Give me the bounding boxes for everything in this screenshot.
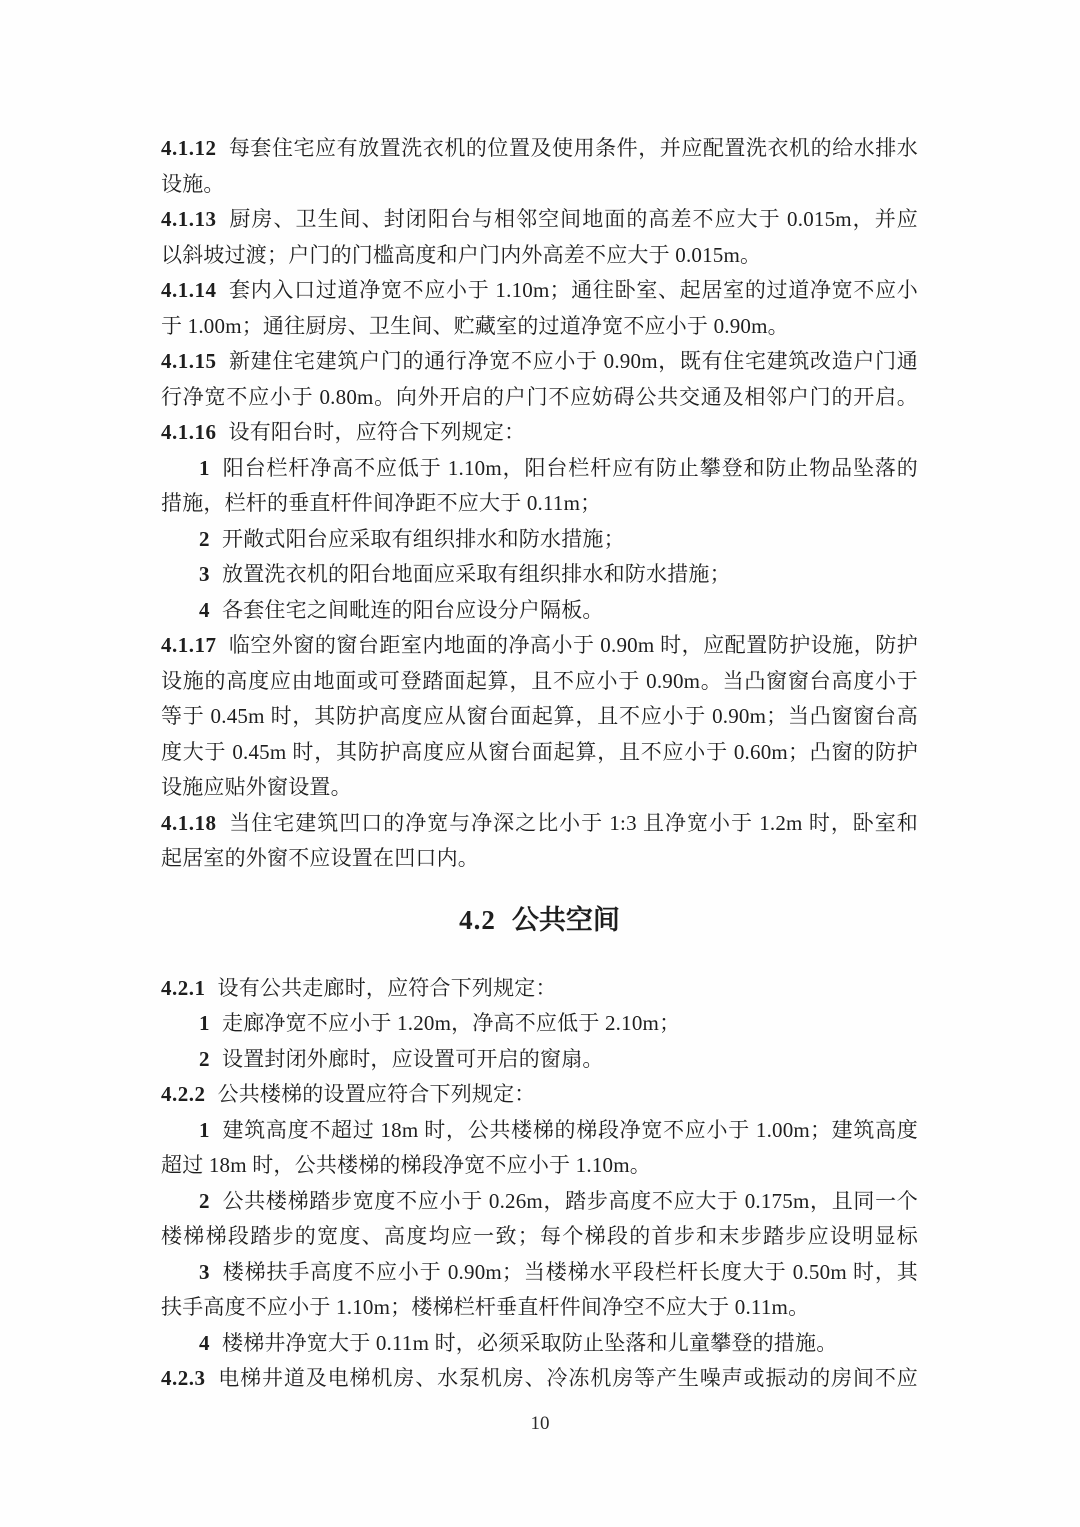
text-line: 2公共楼梯踏步宽度不应小于 0.26m，踏步高度不应大于 0.175m，且同一个 <box>161 1184 918 1220</box>
text-line: 4.1.14套内入口过道净宽不应小于 1.10m；通往卧室、起居室的过道净宽不应… <box>161 273 918 309</box>
clause-text: 度大于 0.45m 时，其防护高度应从窗台面起算，且不应小于 0.60m；凸窗的… <box>161 740 918 764</box>
clause-text: 新建住宅建筑户门的通行净宽不应小于 0.90m，既有住宅建筑改造户门通 <box>229 349 919 373</box>
clause-number: 1 <box>199 1118 210 1142</box>
text-line: 2开敞式阳台应采取有组织排水和防水措施； <box>161 522 918 558</box>
clause-text: 措施，栏杆的垂直杆件间净距不应大于 0.11m； <box>161 491 601 515</box>
clause-number: 4.1.15 <box>161 349 217 373</box>
clause-text: 电梯井道及电梯机房、水泵机房、冷冻机房等产生噪声或振动的房间不应 <box>218 1366 919 1390</box>
clause-number: 1 <box>199 1011 210 1035</box>
text-line: 1阳台栏杆净高不应低于 1.10m，阳台栏杆应有防止攀登和防止物品坠落的 <box>161 451 918 487</box>
clause-text: 套内入口过道净宽不应小于 1.10m；通往卧室、起居室的过道净宽不应小 <box>229 278 919 302</box>
page-number: 10 <box>531 1413 550 1434</box>
clause-number: 3 <box>199 562 210 586</box>
text-line: 措施，栏杆的垂直杆件间净距不应大于 0.11m； <box>161 486 918 522</box>
clause-number: 2 <box>199 1189 210 1213</box>
clause-text: 起居室的外窗不应设置在凹口内。 <box>161 846 479 870</box>
clause-text: 设施应贴外窗设置。 <box>161 775 352 799</box>
clause-number: 2 <box>199 527 210 551</box>
clause-number: 4.1.17 <box>161 633 217 657</box>
clause-text: 扶手高度不应小于 1.10m；楼梯栏杆垂直杆件间净空不应大于 0.11m。 <box>161 1295 809 1319</box>
clause-number: 4.1.16 <box>161 420 217 444</box>
clause-text: 设有阳台时，应符合下列规定： <box>229 420 526 444</box>
clause-number: 4.2.2 <box>161 1082 206 1106</box>
text-line: 楼梯梯段踏步的宽度、高度均应一致；每个梯段的首步和末步踏步应设明显标志。 <box>161 1219 918 1255</box>
text-line: 4.1.13厨房、卫生间、封闭阳台与相邻空间地面的高差不应大于 0.015m，并… <box>161 202 918 238</box>
text-line: 以斜坡过渡；户门的门槛高度和户门内外高差不应大于 0.015m。 <box>161 238 918 274</box>
text-line: 4.2.1设有公共走廊时，应符合下列规定： <box>161 971 918 1007</box>
text-line: 4.1.15新建住宅建筑户门的通行净宽不应小于 0.90m，既有住宅建筑改造户门… <box>161 344 918 380</box>
clause-text: 公共楼梯的设置应符合下列规定： <box>218 1082 536 1106</box>
document-page: 4.1.12每套住宅应有放置洗衣机的位置及使用条件，并应配置洗衣机的给水排水设施… <box>0 0 1080 1527</box>
text-line: 4楼梯井净宽大于 0.11m 时，必须采取防止坠落和儿童攀登的措施。 <box>161 1326 918 1362</box>
clause-text: 阳台栏杆净高不应低于 1.10m，阳台栏杆应有防止攀登和防止物品坠落的 <box>222 456 918 480</box>
clause-number: 3 <box>199 1260 210 1284</box>
clause-text: 设施的高度应由地面或可登踏面起算，且不应小于 0.90m。当凸窗窗台高度小于 <box>161 669 918 693</box>
text-line: 等于 0.45m 时，其防护高度应从窗台面起算，且不应小于 0.90m；当凸窗窗… <box>161 699 918 735</box>
text-line: 3楼梯扶手高度不应小于 0.90m；当楼梯水平段栏杆长度大于 0.50m 时，其 <box>161 1255 918 1291</box>
clause-text: 开敞式阳台应采取有组织排水和防水措施； <box>222 527 625 551</box>
text-line: 设施的高度应由地面或可登踏面起算，且不应小于 0.90m。当凸窗窗台高度小于 <box>161 664 918 700</box>
page-footer: 10 <box>0 1410 1080 1438</box>
clause-number: 4 <box>199 598 210 622</box>
clause-text: 设有公共走廊时，应符合下列规定： <box>218 976 557 1000</box>
clause-text: 当住宅建筑凹口的净宽与净深之比小于 1:3 且净宽小于 1.2m 时，卧室和 <box>229 811 919 835</box>
section-heading: 4.2公共空间 <box>161 903 918 938</box>
clause-number: 4.1.18 <box>161 811 217 835</box>
clause-text: 走廊净宽不应小于 1.20m，净高不应低于 2.10m； <box>222 1011 680 1035</box>
clause-number: 4.2.3 <box>161 1366 206 1390</box>
clause-number: 4 <box>199 1331 210 1355</box>
clause-number: 4.1.12 <box>161 136 217 160</box>
clause-number: 4.1.14 <box>161 278 217 302</box>
clause-text: 建筑高度不超过 18m 时，公共楼梯的梯段净宽不应小于 1.00m；建筑高度 <box>222 1118 918 1142</box>
clause-text: 以斜坡过渡；户门的门槛高度和户门内外高差不应大于 0.015m。 <box>161 243 761 267</box>
clause-text: 楼梯梯段踏步的宽度、高度均应一致；每个梯段的首步和末步踏步应设明显标志。 <box>161 1224 918 1255</box>
text-line: 4.1.12每套住宅应有放置洗衣机的位置及使用条件，并应配置洗衣机的给水排水 <box>161 131 918 167</box>
clause-number: 1 <box>199 456 210 480</box>
section-heading-title: 公共空间 <box>512 905 620 935</box>
text-line: 行净宽不应小于 0.80m。向外开启的户门不应妨碍公共交通及相邻户门的开启。 <box>161 380 918 416</box>
clause-text: 于 1.00m；通往厨房、卫生间、贮藏室的过道净宽不应小于 0.90m。 <box>161 314 789 338</box>
clause-number: 4.1.13 <box>161 207 217 231</box>
document-body: 4.1.12每套住宅应有放置洗衣机的位置及使用条件，并应配置洗衣机的给水排水设施… <box>161 131 918 1397</box>
clause-number: 2 <box>199 1047 210 1071</box>
text-line: 4.1.18当住宅建筑凹口的净宽与净深之比小于 1:3 且净宽小于 1.2m 时… <box>161 806 918 842</box>
clause-text: 放置洗衣机的阳台地面应采取有组织排水和防水措施； <box>222 562 731 586</box>
clause-text: 各套住宅之间毗连的阳台应设分户隔板。 <box>222 598 604 622</box>
text-line: 4.2.2公共楼梯的设置应符合下列规定： <box>161 1077 918 1113</box>
text-line: 1走廊净宽不应小于 1.20m，净高不应低于 2.10m； <box>161 1006 918 1042</box>
clause-text: 超过 18m 时，公共楼梯的梯段净宽不应小于 1.10m。 <box>161 1153 651 1177</box>
text-line: 4.2.3电梯井道及电梯机房、水泵机房、冷冻机房等产生噪声或振动的房间不应 <box>161 1361 918 1397</box>
clause-text: 临空外窗的窗台距室内地面的净高小于 0.90m 时，应配置防护设施，防护 <box>229 633 919 657</box>
section-heading-number: 4.2 <box>459 905 496 935</box>
text-line: 设施。 <box>161 167 918 203</box>
text-line: 超过 18m 时，公共楼梯的梯段净宽不应小于 1.10m。 <box>161 1148 918 1184</box>
text-line: 4.1.17临空外窗的窗台距室内地面的净高小于 0.90m 时，应配置防护设施，… <box>161 628 918 664</box>
text-line: 于 1.00m；通往厨房、卫生间、贮藏室的过道净宽不应小于 0.90m。 <box>161 309 918 345</box>
clause-text: 行净宽不应小于 0.80m。向外开启的户门不应妨碍公共交通及相邻户门的开启。 <box>161 385 918 409</box>
text-line: 4各套住宅之间毗连的阳台应设分户隔板。 <box>161 593 918 629</box>
text-line: 4.1.16设有阳台时，应符合下列规定： <box>161 415 918 451</box>
clause-text: 公共楼梯踏步宽度不应小于 0.26m，踏步高度不应大于 0.175m，且同一个 <box>222 1189 918 1213</box>
text-line: 起居室的外窗不应设置在凹口内。 <box>161 841 918 877</box>
clause-text: 每套住宅应有放置洗衣机的位置及使用条件，并应配置洗衣机的给水排水 <box>229 136 919 160</box>
text-line: 3放置洗衣机的阳台地面应采取有组织排水和防水措施； <box>161 557 918 593</box>
clause-number: 4.2.1 <box>161 976 206 1000</box>
clause-text: 设施。 <box>161 172 225 196</box>
clause-text: 楼梯扶手高度不应小于 0.90m；当楼梯水平段栏杆长度大于 0.50m 时，其 <box>222 1260 918 1284</box>
text-line: 度大于 0.45m 时，其防护高度应从窗台面起算，且不应小于 0.60m；凸窗的… <box>161 735 918 771</box>
text-line: 2设置封闭外廊时，应设置可开启的窗扇。 <box>161 1042 918 1078</box>
text-line: 1建筑高度不超过 18m 时，公共楼梯的梯段净宽不应小于 1.00m；建筑高度 <box>161 1113 918 1149</box>
clause-text: 等于 0.45m 时，其防护高度应从窗台面起算，且不应小于 0.90m；当凸窗窗… <box>161 704 918 728</box>
text-line: 扶手高度不应小于 1.10m；楼梯栏杆垂直杆件间净空不应大于 0.11m。 <box>161 1290 918 1326</box>
clause-text: 设置封闭外廊时，应设置可开启的窗扇。 <box>222 1047 604 1071</box>
text-line: 设施应贴外窗设置。 <box>161 770 918 806</box>
clause-text: 楼梯井净宽大于 0.11m 时，必须采取防止坠落和儿童攀登的措施。 <box>222 1331 837 1355</box>
clause-text: 厨房、卫生间、封闭阳台与相邻空间地面的高差不应大于 0.015m，并应 <box>229 207 919 231</box>
